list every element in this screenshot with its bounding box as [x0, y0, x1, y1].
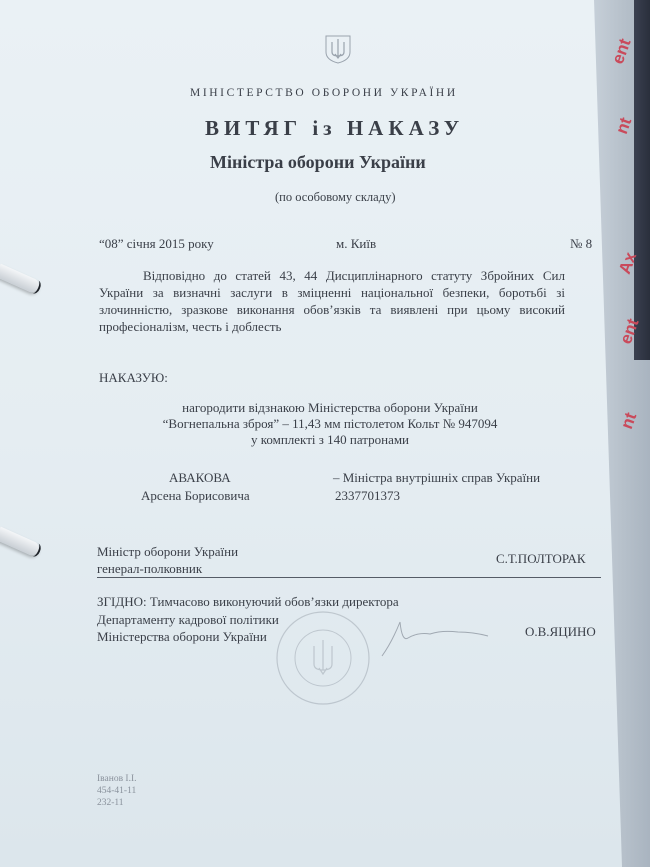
recipient-given-names: Арсена Борисовича	[141, 488, 250, 504]
order-word: НАКАЗУЮ:	[99, 370, 168, 386]
trident-coat-of-arms-icon	[321, 34, 355, 64]
executor-phone: 454-41-11	[97, 785, 137, 797]
binder-ring	[0, 527, 41, 558]
handwritten-signature	[378, 612, 498, 662]
recipient-id-number: 2337701373	[335, 488, 400, 504]
signature-line	[97, 577, 601, 578]
document-page: МІНІСТЕРСТВО ОБОРОНИ УКРАЇНИ ВИТЯГ із НА…	[0, 0, 622, 867]
binder-cover	[634, 0, 650, 360]
binder-ring	[0, 264, 41, 295]
document-title: ВИТЯГ із НАКАЗУ	[205, 116, 464, 141]
preamble-text: Відповідно до статей 43, 44 Дисциплінарн…	[99, 268, 565, 334]
recipient-position: – Міністра внутрішніх справ України	[333, 470, 540, 486]
official-stamp-icon	[268, 608, 378, 708]
signatory-name: С.Т.ПОЛТОРАК	[496, 551, 586, 567]
ministry-header: МІНІСТЕРСТВО ОБОРОНИ УКРАЇНИ	[190, 87, 458, 99]
agreed-line-2: Департаменту кадрової політики	[97, 612, 279, 628]
order-number: № 8	[570, 236, 592, 252]
executor-block: Іванов І.І. 454-41-11 232-11	[97, 773, 137, 809]
award-line: “Вогнепальна зброя” – 11,43 мм пістолето…	[120, 416, 540, 432]
document-note: (по особовому складу)	[275, 190, 396, 205]
signatory-title: Міністр оборони України	[97, 544, 238, 560]
award-block: нагородити відзнакою Міністерства оборон…	[120, 400, 540, 448]
signatory-rank: генерал-полковник	[97, 561, 202, 577]
executor-phone: 232-11	[97, 797, 137, 809]
award-line: нагородити відзнакою Міністерства оборон…	[120, 400, 540, 416]
order-city: м. Київ	[336, 236, 376, 252]
order-date: “08” січня 2015 року	[99, 236, 214, 252]
preamble-paragraph: Відповідно до статей 43, 44 Дисциплінарн…	[99, 267, 565, 335]
recipient-surname: АВАКОВА	[169, 470, 231, 486]
agreed-line-3: Міністерства оборони України	[97, 629, 267, 645]
document-subtitle: Міністра оборони України	[210, 152, 426, 173]
agreed-name: О.В.ЯЦИНО	[525, 624, 596, 640]
executor-name: Іванов І.І.	[97, 773, 137, 785]
award-line: у комплекті з 140 патронами	[120, 432, 540, 448]
